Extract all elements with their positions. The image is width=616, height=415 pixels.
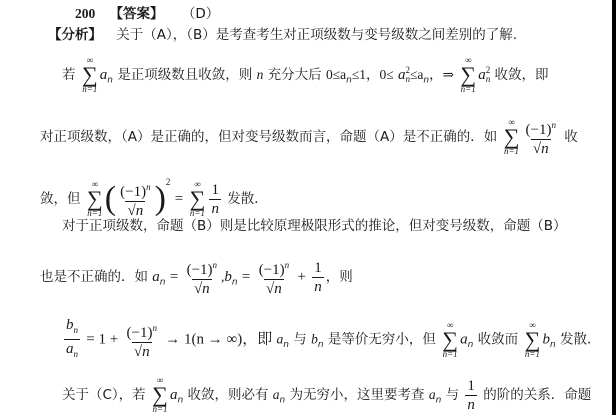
text: 与 [446, 387, 460, 403]
fraction: 1n [465, 377, 477, 414]
answer-value: （D） [182, 6, 219, 22]
problem-number: 200 [75, 6, 95, 21]
text: ，则 [326, 269, 353, 285]
text: 若 [62, 67, 76, 83]
paragraph-line-4: 敛，但 ∞∑n=1((−1)n√n)2 = ∞∑n=11n 发散． [40, 172, 268, 220]
text: 关于（C），若 [62, 387, 146, 403]
text: 与 [293, 332, 307, 348]
analysis-label: 【分析】 [48, 27, 102, 43]
text: 收敛而 [478, 332, 519, 348]
paragraph-line-5: 对于正项级数，命题（B）则是比较原理极限形式的推论，但对变号级数，命题（B） [62, 216, 567, 236]
sum-symbol: ∞∑n=1 [459, 56, 477, 94]
fraction: (−1)n√n [257, 256, 291, 298]
text: 为无穷小，这里要考查 [290, 387, 425, 403]
analysis-line: 【分析】 关于（A），（B）是考查考生对正项级数与变号级数之间差别的了解. [48, 25, 517, 45]
text: 对于正项级数，命题（B）则是比较原理极限形式的推论，但对变号级数，命题（B） [62, 218, 567, 234]
fraction: 1n [312, 259, 324, 296]
right-border [612, 0, 616, 415]
fraction: (−1)n√n [524, 116, 558, 158]
sum-symbol: ∞∑n=1 [441, 321, 459, 359]
text: 收敛，即 [494, 67, 548, 83]
paragraph-line-6: 也是不正确的．如 an = (−1)n√n,bn = (−1)n√n + 1n，… [40, 256, 353, 298]
text: 发散． [227, 191, 268, 207]
sum-symbol: ∞∑n=1 [86, 180, 104, 218]
sum-symbol: ∞∑n=1 [151, 376, 169, 414]
answer-line: 200 【答案】 （D） [75, 4, 219, 24]
text: 的阶的关系．命题 [483, 387, 591, 403]
text: 发散． [560, 332, 601, 348]
text: → 1(n → ∞)，即 [165, 332, 272, 348]
paragraph-line-2: 若 ∞∑n=1an 是正项级数且收敛，则 n 充分大后 0≤an≤1，0≤ a2… [62, 56, 548, 94]
sum-symbol: ∞∑n=1 [503, 118, 521, 156]
text: 也是不正确的．如 [40, 269, 148, 285]
sum-symbol: ∞∑n=1 [188, 180, 206, 218]
fraction: 1n [209, 181, 221, 218]
text: 对正项级数，（A）是正确的，但对变号级数而言，命题（A）是不正确的．如 [40, 129, 497, 145]
paragraph-line-3: 对正项级数，（A）是正确的，但对变号级数而言，命题（A）是不正确的．如 ∞∑n=… [40, 116, 578, 158]
text: 收 [564, 129, 578, 145]
text: 敛，但 [40, 191, 81, 207]
analysis-intro: 关于（A），（B）是考查考生对正项级数与变号级数之间差别的了解. [116, 27, 517, 43]
answer-label: 【答案】 [110, 6, 164, 22]
fraction: (−1)n√n [125, 319, 159, 361]
sum-symbol: ∞∑n=1 [81, 56, 99, 94]
fraction: (−1)n√n [118, 178, 152, 220]
text: 是正项级数且收敛，则 [117, 67, 252, 83]
fraction: bnan [64, 316, 80, 363]
text: 是等价无穷小，但 [328, 332, 436, 348]
paragraph-line-7: bnan = 1 + (−1)n√n → 1(n → ∞)，即 an 与 bn … [62, 316, 600, 363]
sum-symbol: ∞∑n=1 [523, 321, 541, 359]
fraction: (−1)n√n [185, 256, 219, 298]
text: 收敛，则必有 [188, 387, 269, 403]
text: 充分大后 [268, 67, 322, 83]
paragraph-line-8: 关于（C），若 ∞∑n=1an 收敛，则必有 an 为无穷小，这里要考查 an … [62, 376, 591, 414]
